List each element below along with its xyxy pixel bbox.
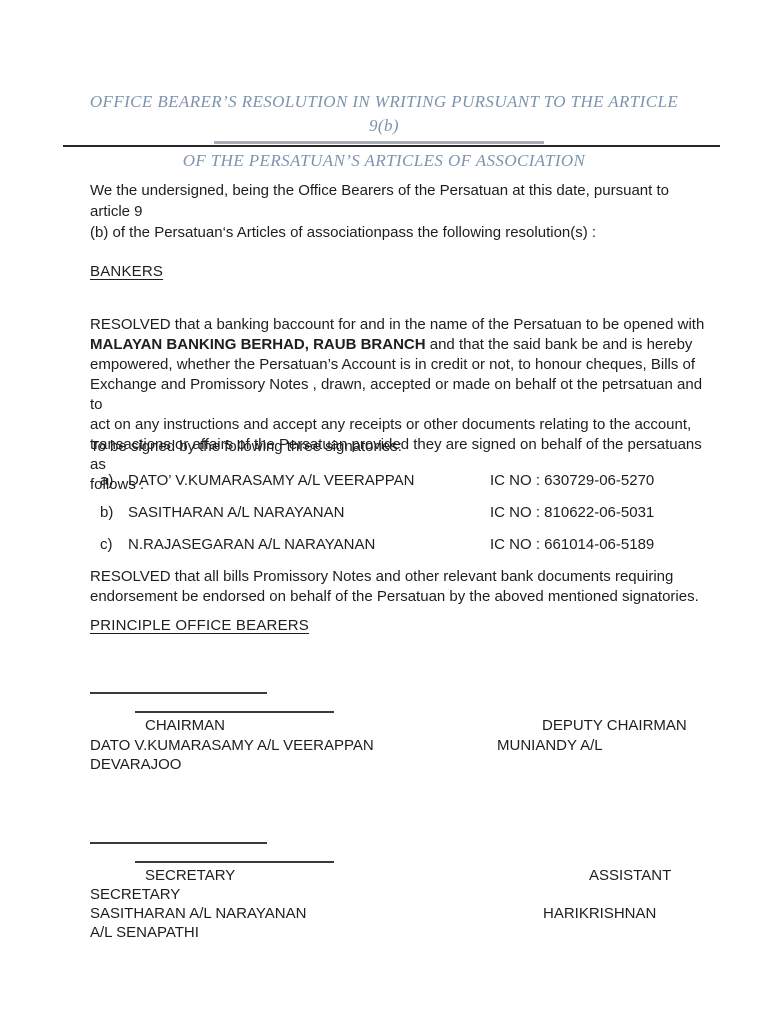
deputy-chairman-name: MUNIANDY A/L — [497, 736, 603, 756]
chairman-title: CHAIRMAN — [145, 716, 225, 736]
bank-name-bold: MALAYAN BANKING BERHAD, RAUB BRANCH — [90, 336, 426, 353]
intro-paragraph: We the undersigned, being the Office Bea… — [90, 180, 702, 243]
signatory-name: N.RAJASEGARAN A/L NARAYANAN — [128, 535, 375, 555]
document-page: OFFICE BEARER’S RESOLUTION IN WRITING PU… — [0, 0, 768, 1024]
assistant-secretary-name-wrap: A/L SENAPATHI — [90, 923, 199, 943]
signatory-letter: c) — [100, 535, 113, 555]
signatories-intro: To be signed by the following three sign… — [90, 437, 402, 457]
deputy-chairman-name-wrap-row: DEVARAJOO — [0, 755, 768, 775]
deputy-chairman-name-wrap: DEVARAJOO — [90, 755, 181, 775]
secretary-name: SASITHARAN A/L NARAYANAN — [90, 904, 306, 924]
bankers-resolution-paragraph: RESOLVED that a banking baccount for and… — [90, 295, 706, 495]
deputy-chairman-title: DEPUTY CHAIRMAN — [542, 716, 687, 736]
bankers-resolution-text: RESOLVED that a banking baccount for and… — [90, 316, 704, 333]
signatory-ic-number: IC NO : 661014-06-5189 — [490, 535, 654, 555]
signatory-letter: a) — [100, 471, 113, 491]
document-title: OFFICE BEARER’S RESOLUTION IN WRITING PU… — [0, 90, 768, 138]
assistant-secretary-title-wrap: SECRETARY — [90, 885, 180, 905]
secretary-title: SECRETARY — [145, 866, 235, 886]
signatory-name: SASITHARAN A/L NARAYANAN — [128, 503, 344, 523]
assistant-secretary-title: ASSISTANT — [589, 866, 671, 886]
signatory-row: b) SASITHARAN A/L NARAYANAN IC NO : 8106… — [0, 503, 768, 523]
assistant-secretary-name-wrap-row: A/L SENAPATHI — [0, 923, 768, 943]
document-title-line1: OFFICE BEARER’S RESOLUTION IN WRITING PU… — [0, 90, 768, 114]
document-title-line3: OF THE PERSATUAN’S ARTICLES OF ASSOCIATI… — [0, 149, 768, 173]
chairman-name: DATO V.KUMARASAMY A/L VEERAPPAN — [90, 736, 374, 756]
signatory-name: DATO’ V.KUMARASAMY A/L VEERAPPAN — [128, 471, 415, 491]
secretary-signature-line — [90, 842, 267, 844]
chairman-signature-line-2 — [135, 711, 334, 713]
signatory-ic-number: IC NO : 810622-06-5031 — [490, 503, 654, 523]
document-subtitle: OF THE PERSATUAN’S ARTICLES OF ASSOCIATI… — [0, 149, 768, 173]
title-rule — [63, 145, 720, 147]
bankers-heading: BANKERS — [90, 262, 163, 282]
signatory-row: a) DATO’ V.KUMARASAMY A/L VEERAPPAN IC N… — [0, 471, 768, 491]
assistant-secretary-title-wrap-row: SECRETARY — [0, 885, 768, 905]
assistant-secretary-name: HARIKRISHNAN — [543, 904, 656, 924]
document-title-line2: 9(b) — [0, 114, 768, 138]
chairman-signature-line — [90, 692, 267, 694]
signatory-letter: b) — [100, 503, 113, 523]
title-rule-shadow — [214, 141, 544, 144]
signatory-row: c) N.RAJASEGARAN A/L NARAYANAN IC NO : 6… — [0, 535, 768, 555]
signatory-ic-number: IC NO : 630729-06-5270 — [490, 471, 654, 491]
secretary-signature-line-2 — [135, 861, 334, 863]
office-bearers-heading: PRINCIPLE OFFICE BEARERS — [90, 616, 309, 636]
bankers-resolution-text-cont: and that the said bank be and is hereby … — [90, 336, 702, 493]
chairman-name-row: DATO V.KUMARASAMY A/L VEERAPPAN MUNIANDY… — [0, 736, 768, 756]
endorsement-paragraph: RESOLVED that all bills Promissory Notes… — [90, 567, 706, 607]
chairman-title-row: CHAIRMAN DEPUTY CHAIRMAN — [0, 716, 768, 736]
secretary-title-row: SECRETARY ASSISTANT — [0, 866, 768, 886]
secretary-name-row: SASITHARAN A/L NARAYANAN HARIKRISHNAN — [0, 904, 768, 924]
